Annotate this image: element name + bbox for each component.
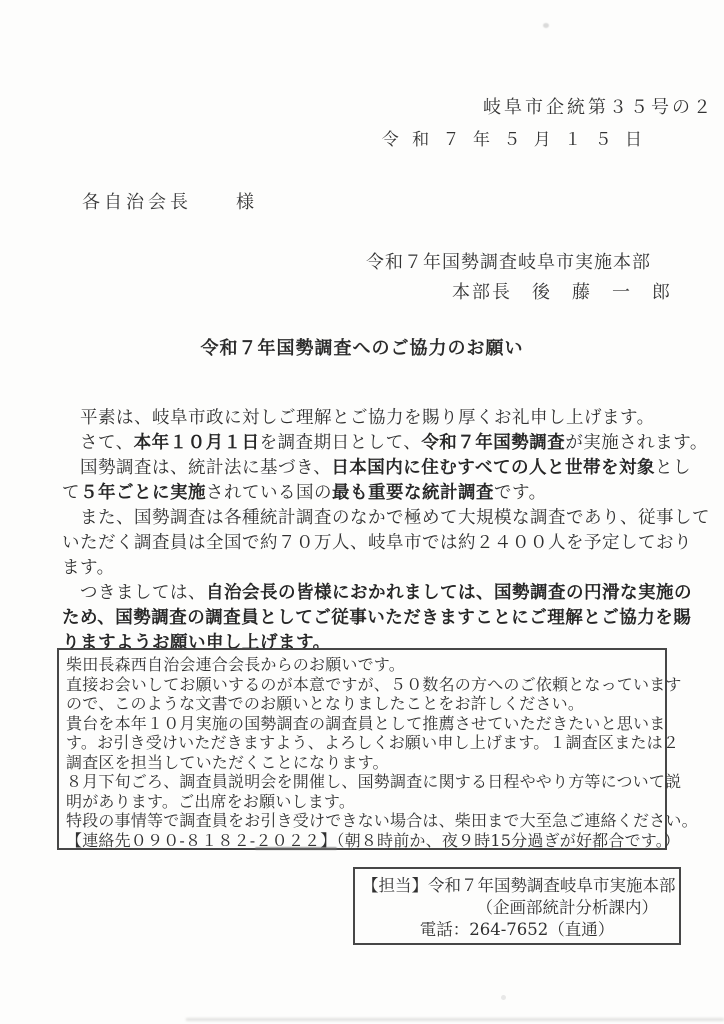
contact-department: （企画部統計分析課内） (362, 897, 672, 919)
contact-phone: 電話：264-7652（直通） (362, 919, 672, 941)
request-box: 柴田長森西自治会連合会長からのお願いです。直接お会いしてお願いするのが本意ですが… (57, 648, 667, 850)
text-line: 平素は、岐阜市政に対しご理解とご協力を賜り厚くお礼申し上げます。 (62, 406, 670, 431)
text-line: 柴田長森西自治会連合会長からのお願いです。 (66, 655, 658, 675)
text-line: 調査区を担当していただくことになります。 (66, 753, 658, 773)
document-title: 令和７年国勢調査へのご協力のお願い (0, 334, 724, 360)
sender-organization: 令和７年国勢調査岐阜市実施本部 (366, 248, 651, 274)
text-line: 国勢調査は、統計法に基づき、日本国内に住むすべての人と世帯を対象とし (62, 456, 670, 481)
text-line: また、国勢調査は各種統計調査のなかで極めて大規模な調査であり、従事して (62, 506, 670, 531)
contact-organization: 【担当】令和７年国勢調査岐阜市実施本部 (362, 875, 672, 897)
scan-speck-top (543, 23, 549, 28)
scan-edge-shadow (186, 1018, 724, 1021)
text-line: 明があります。ご出席をお願いします。 (66, 792, 658, 812)
recipient-line: 各自治会長 様 (82, 188, 258, 214)
body-text: 平素は、岐阜市政に対しご理解とご協力を賜り厚くお礼申し上げます。 さて、本年１０… (62, 406, 670, 656)
contact-box: 【担当】令和７年国勢調査岐阜市実施本部 （企画部統計分析課内） 電話：264-7… (353, 867, 681, 945)
sender-person: 本部長 後 藤 一 郎 (452, 278, 672, 304)
text-line: ８月下旬ごろ、調査員説明会を開催し、国勢調査に関する日程ややり方等について説 (66, 772, 658, 792)
text-line: つきましては、自治会長の皆様におかれましては、国勢調査の円滑な実施の (62, 581, 670, 606)
text-line: て５年ごとに実施されている国の最も重要な統計調査です。 (62, 481, 670, 506)
scan-speck-bottom (501, 995, 506, 1000)
text-line: さて、本年１０月１日を調査期日として、令和７年国勢調査が実施されます。 (62, 431, 670, 456)
scanned-letter-page: 岐阜市企統第３５号の２ 令 和 ７ 年 ５ 月 １ ５ 日 各自治会長 様 令和… (0, 0, 724, 1024)
scan-smudge (255, 847, 337, 850)
text-line: ので、このような文書でのお願いとなりましたことをお許しください。 (66, 694, 658, 714)
text-line: 貴台を本年１０月実施の国勢調査の調査員として推薦させていただきたいと思いま (66, 714, 658, 734)
text-line: 特段の事情等で調査員をお引き受けできない場合は、柴田まで大至急ご連絡ください。 (66, 811, 658, 831)
document-number: 岐阜市企統第３５号の２ (483, 93, 714, 119)
text-line: 直接お会いしてお願いするのが本意ですが、５０数名の方へのご依頼となっています (66, 675, 658, 695)
text-line: す。お引き受けいただきますよう、よろしくお願い申し上げます。１調査区または２ (66, 733, 658, 753)
text-line: いただく調査員は全国で約７０万人、岐阜市では約２４００人を予定しており (62, 531, 670, 556)
document-date: 令 和 ７ 年 ５ 月 １ ５ 日 (382, 125, 646, 150)
text-line: ため、国勢調査の調査員としてご従事いただきますことにご理解とご協力を賜 (62, 606, 670, 631)
text-line: 【連絡先０９０-８１８２-２０２２】（朝８時前か、夜９時15分過ぎが好都合です。… (66, 831, 658, 851)
text-line: ます。 (62, 556, 670, 581)
